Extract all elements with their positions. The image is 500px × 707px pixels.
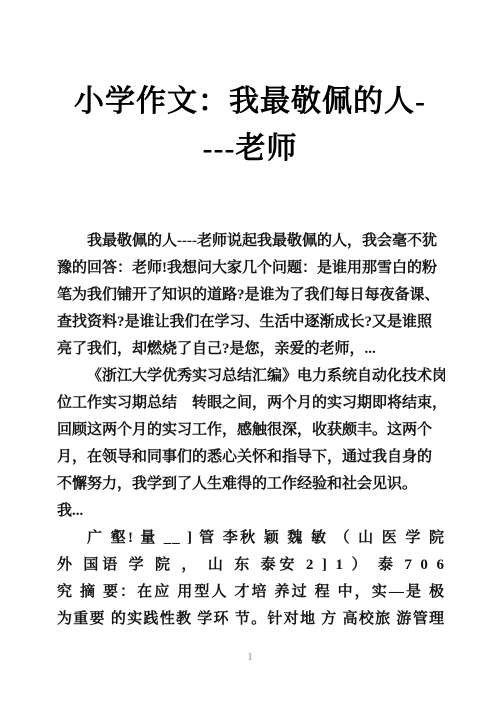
text-line: 查找资料?是谁让我们在学习、生活中逐渐成长?又是谁照 [57,309,445,336]
document-body: 我最敬佩的人----老师说起我最敬佩的人，我会毫不犹 豫的回答：老师!我想问大家… [57,228,445,633]
text-line: 豫的回答：老师!我想问大家几个问题：是谁用那雪白的粉 [57,255,445,282]
text-line: 我最敬佩的人----老师说起我最敬佩的人，我会毫不犹 [57,228,445,255]
paragraph-2: 《浙江大学优秀实习总结汇编》电力系统自动化技术岗 位工作实习期总结 转眼之间，两… [57,363,445,525]
page-number: 1 [0,650,500,664]
document-title-line-1: 小学作文：我最敬佩的人- [0,78,500,125]
paragraph-3: 广 壑! 量 __ ] 管 李秋 颖 魏 敏 （ 山 医 学 院 外 国语 学 … [57,525,445,633]
text-line: 外 国语 学 院 ， 山 东 泰安 2 ] 1 ） 泰 7 0 6 [57,552,445,579]
text-line: 亮了我们，却燃烧了自己?是您，亲爱的老师，... [57,336,445,363]
text-line: 究 摘 要：在应 用型人 才培 养过 程 中，实—是 极 [57,579,445,606]
text-line: 回顾这两个月的实习工作，感触很深，收获颇丰。这两个 [57,417,445,444]
text-line: 广 壑! 量 __ ] 管 李秋 颖 魏 敏 （ 山 医 学 院 [57,525,445,552]
text-line: 位工作实习期总结 转眼之间，两个月的实习期即将结束， [57,390,445,417]
text-line: 为重要 的实践性教 学环 节。针对地 方 高校旅 游管理 [57,606,445,633]
paragraph-1: 我最敬佩的人----老师说起我最敬佩的人，我会毫不犹 豫的回答：老师!我想问大家… [57,228,445,363]
document-title: 小学作文：我最敬佩的人- ---老师 [0,78,500,172]
text-line: 不懈努力，我学到了人生难得的工作经验和社会见识。 [57,471,445,498]
text-line: 《浙江大学优秀实习总结汇编》电力系统自动化技术岗 [57,363,445,390]
text-line: 月，在领导和同事们的悉心关怀和指导下，通过我自身的 [57,444,445,471]
document-title-line-2: ---老师 [0,125,500,172]
document-page: 小学作文：我最敬佩的人- ---老师 我最敬佩的人----老师说起我最敬佩的人，… [0,0,500,707]
text-line: 我... [57,498,445,525]
text-line: 笔为我们铺开了知识的道路?是谁为了我们每日每夜备课、 [57,282,445,309]
